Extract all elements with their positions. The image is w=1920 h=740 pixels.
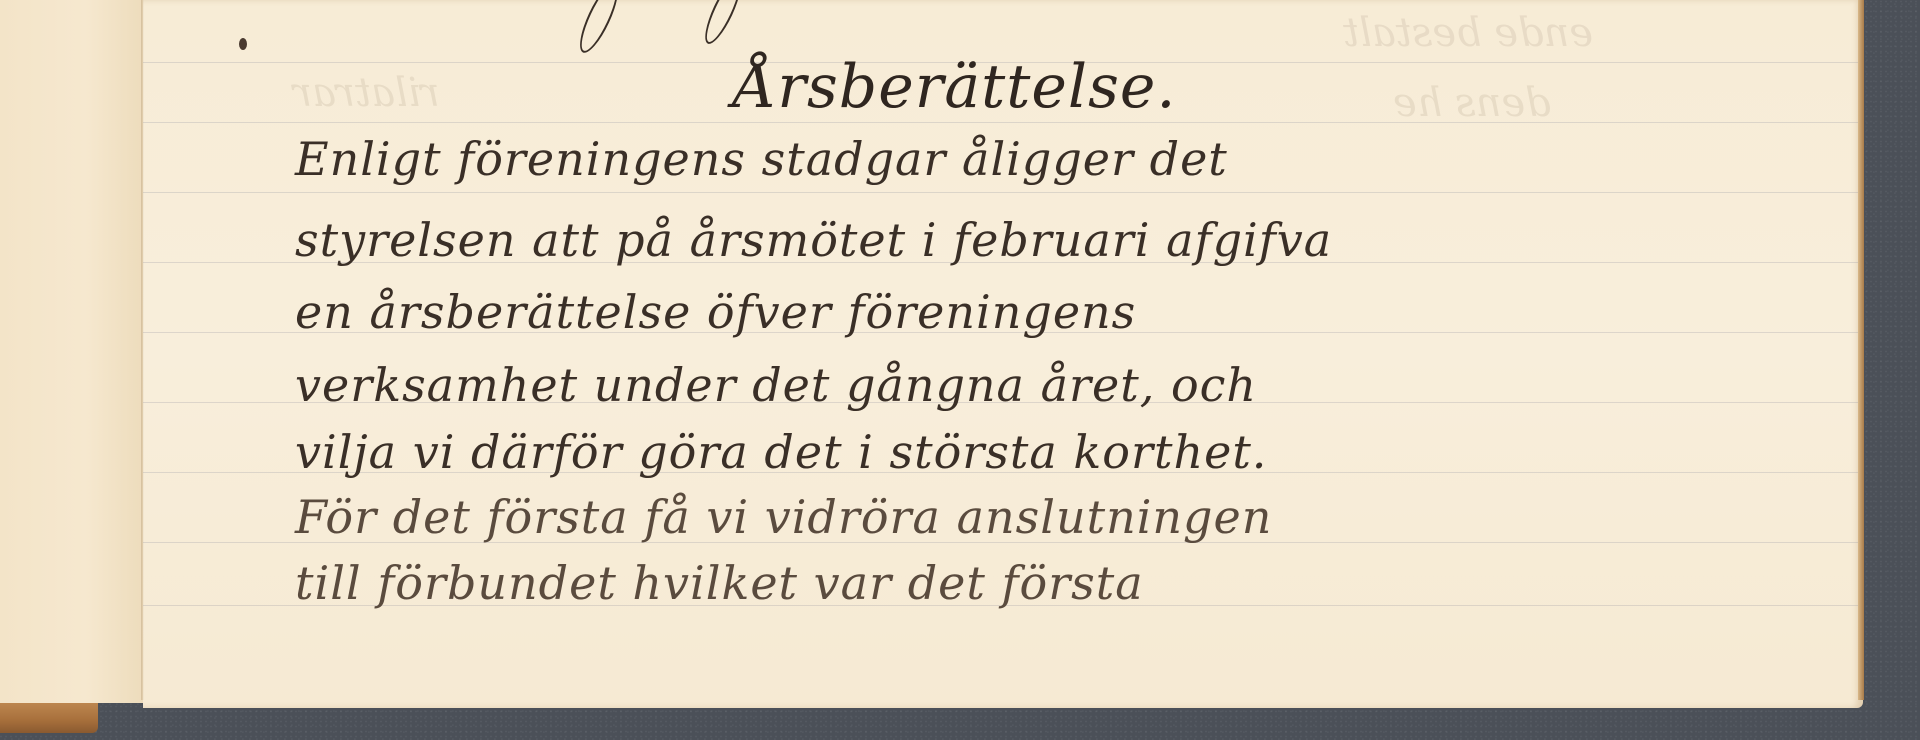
- bleed-through-text: ende bestalt: [1343, 10, 1593, 56]
- text-line-1: Enligt föreningens stadgar åligger det: [295, 132, 1228, 186]
- bleed-through-text: rilatrar: [293, 70, 440, 116]
- page-title: Årsberättelse.: [733, 52, 1176, 122]
- document-page: ende bestalt dens he rilatrar Årsberätte…: [143, 0, 1863, 708]
- descender-stroke: [699, 0, 748, 48]
- ruled-line: [143, 192, 1863, 193]
- text-line-6: För det första få vi vidröra anslutninge…: [295, 490, 1272, 544]
- page-fold: [141, 0, 144, 700]
- text-line-2: styrelsen att på årsmötet i februari afg…: [295, 213, 1332, 267]
- bleed-through-text: dens he: [1393, 80, 1551, 126]
- ink-spot: [239, 38, 247, 50]
- text-line-4: verksamhet under det gångna året, och: [295, 358, 1257, 412]
- ruled-line: [143, 122, 1863, 123]
- text-line-5: vilja vi därför göra det i största korth…: [295, 425, 1267, 479]
- book-cover-corner: [0, 700, 98, 733]
- text-line-3: en årsberättelse öfver föreningens: [295, 285, 1136, 339]
- text-line-7: till förbundet hvilket var det första: [295, 556, 1144, 610]
- descender-stroke: [573, 0, 625, 57]
- page-edge: [1858, 0, 1864, 700]
- left-page-strip: [0, 0, 143, 703]
